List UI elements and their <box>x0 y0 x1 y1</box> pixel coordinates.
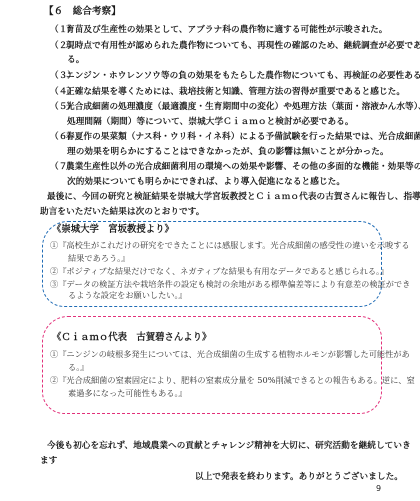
comment-line: 結果であろう。』 <box>68 252 129 264</box>
list-item: （５）光合成細菌の処理濃度（最適濃度・生育期間中の変化）や処理方法（葉面・溶液か… <box>50 101 420 113</box>
list-item-continuation: 次的効果についても明らかにできれば、より導入促進になると感じた。 <box>67 176 345 188</box>
section-heading: 【６ 総合考察】 <box>44 6 121 18</box>
closing-line: 今後も初心を忘れず、地域農業への貢献とチャレンジ精神を大切に、研究活動を継続して… <box>47 440 411 452</box>
list-item: （２）現時点で有用性が認められた農作物についても、再現性の確認のため、継続調査が… <box>50 40 420 52</box>
comment-line: ①『ニンジンの岐根多発生については、光合成細菌の生成する植物ホルモンが影響した可… <box>50 348 410 360</box>
comment-line: る。』 <box>68 361 88 373</box>
list-item: （７）農業生産性以外の光合成細菌利用の環境への効果や影響、その他の多面的な機能・… <box>50 161 420 173</box>
document-page: 【６ 総合考察】 （１）育苗及び生産性の効果として、アブラナ科の農作物に適する可… <box>0 0 420 501</box>
list-item-continuation: る。 <box>67 54 84 66</box>
list-item-continuation: 処理間隔（期間）等について、崇城大学Ｃｉａｍｏと検討が必要である。 <box>67 116 354 128</box>
ciamo-box-title: 《Ｃｉａｍｏ代表 古賀碧さんより》 <box>52 332 211 344</box>
list-item: （１）育苗及び生産性の効果として、アブラナ科の農作物に適する可能性が示唆された。 <box>50 24 388 36</box>
list-item-continuation: 理の効果を明らかにすることはできなかったが、負の影響は無いことが分かった。 <box>67 146 389 158</box>
paragraph-line: 最後に、今回の研究と検証結果を崇城大学宮坂教授とＣｉａｍｏ代表の古賀さんに報告し… <box>47 191 420 203</box>
closing-signoff: 以上で発表を終わります。ありがとうございました。 <box>195 471 403 483</box>
comment-line: ②『ポジティブな結果だけでなく、ネガティブな結果も有用なデータであると感じられる… <box>50 265 388 277</box>
page-number: 9 <box>376 484 381 493</box>
paragraph-line: 助言をいただいた結果は次のとおりです。 <box>40 206 205 218</box>
comment-line: ①『高校生がこれだけの研究をできたことには感服します。光合成細菌の感受性の違いを… <box>50 239 410 251</box>
list-item: （４）正確な結果を導くためには、栽培技術と知識、管理方法の習得が重要であると感じ… <box>50 86 405 98</box>
comment-line: 素過多になった可能性もある。』 <box>68 387 187 399</box>
list-item: （３）ニンジン・ホウレンソウ等の負の効果をもたらした農作物についても、再検証の必… <box>50 70 420 82</box>
professor-box-title: 《崇城大学 宮坂教授より》 <box>52 224 174 236</box>
comment-line: ②『光合成細菌の窒素固定により、肥料の窒素成分量を 50%削減できるとの報告もあ… <box>50 374 415 386</box>
comment-line: るような設定をお願いしたい。』 <box>68 289 187 301</box>
closing-line: ます <box>40 455 57 467</box>
list-item: （６）春夏作の果菜類（ナス科・ウリ科・イネ科）による予備試験を行った結果では、光… <box>50 131 420 143</box>
